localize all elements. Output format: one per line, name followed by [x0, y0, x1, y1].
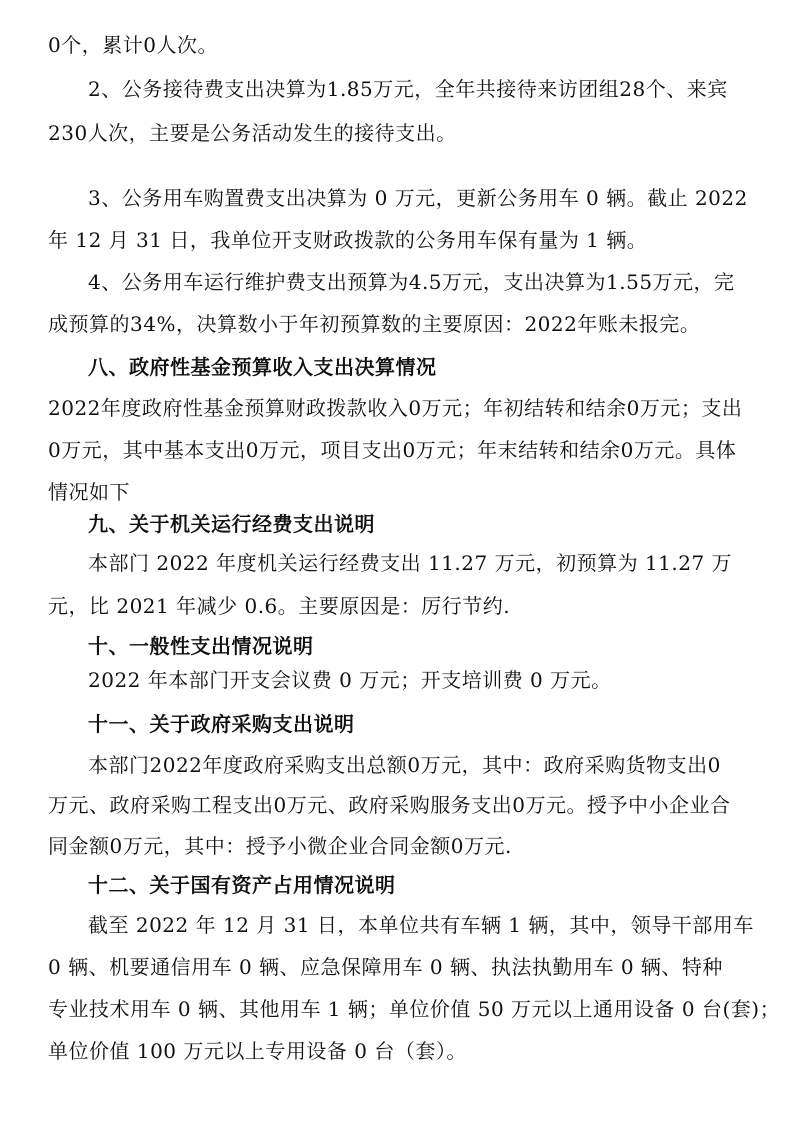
paragraph-line: 2022年度政府性基金预算财政拨款收入0万元；年初结转和结余0万元；支出: [48, 396, 742, 420]
paragraph-line: 本部门 2022 年度机关运行经费支出 11.27 万元，初预算为 11.27 …: [88, 551, 732, 575]
section-heading-12: 十二、关于国有资产占用情况说明: [88, 873, 396, 897]
paragraph-line: 3、公务用车购置费支出决算为 0 万元，更新公务用车 0 辆。截止 2022: [88, 186, 748, 210]
paragraph-line: 230人次，主要是公务活动发生的接待支出。: [48, 121, 457, 145]
section-heading-11: 十一、关于政府采购支出说明: [88, 712, 355, 736]
paragraph-line: 万元、政府采购工程支出0万元、政府采购服务支出0万元。授予中小企业合: [48, 793, 730, 817]
paragraph-line: 2022 年本部门开支会议费 0 万元；开支培训费 0 万元。: [88, 668, 612, 692]
paragraph-line: 年 12 月 31 日，我单位开支财政拨款的公务用车保有量为 1 辆。: [48, 228, 647, 252]
paragraph-line: 成预算的34%，决算数小于年初预算数的主要原因：2022年账未报完。: [48, 312, 700, 336]
paragraph-line: 专业技术用车 0 辆、其他用车 1 辆；单位价值 50 万元以上通用设备 0 台…: [48, 997, 780, 1021]
paragraph-line: 同金额0万元，其中：授予小微企业合同金额0万元.: [48, 834, 512, 858]
paragraph-line: 单位价值 100 万元以上专用设备 0 台（套）。: [48, 1039, 467, 1063]
section-heading-10: 十、一般性支出情况说明: [88, 634, 314, 658]
paragraph-line: 4、公务用车运行维护费支出预算为4.5万元，支出决算为1.55万元，完: [88, 270, 735, 294]
section-heading-8: 八、政府性基金预算收入支出决算情况: [88, 355, 437, 379]
paragraph-line: 0个，累计0人次。: [48, 33, 218, 57]
paragraph-line: 2、公务接待费支出决算为1.85万元，全年共接待来访团组28个、来宾: [88, 77, 728, 101]
paragraph-line: 截至 2022 年 12 月 31 日，本单位共有车辆 1 辆，其中，领导干部用…: [88, 913, 754, 937]
paragraph-line: 元，比 2021 年减少 0.6。主要原因是：厉行节约.: [48, 594, 510, 618]
paragraph-line: 0 辆、机要通信用车 0 辆、应急保障用车 0 辆、执法执勤用车 0 辆、特种: [48, 955, 723, 979]
paragraph-line: 0万元，其中基本支出0万元，项目支出0万元；年末结转和结余0万元。具体: [48, 438, 736, 462]
section-heading-9: 九、关于机关运行经费支出说明: [88, 512, 375, 536]
paragraph-line: 情况如下: [48, 480, 130, 504]
paragraph-line: 本部门2022年度政府采购支出总额0万元，其中：政府采购货物支出0: [88, 753, 721, 777]
